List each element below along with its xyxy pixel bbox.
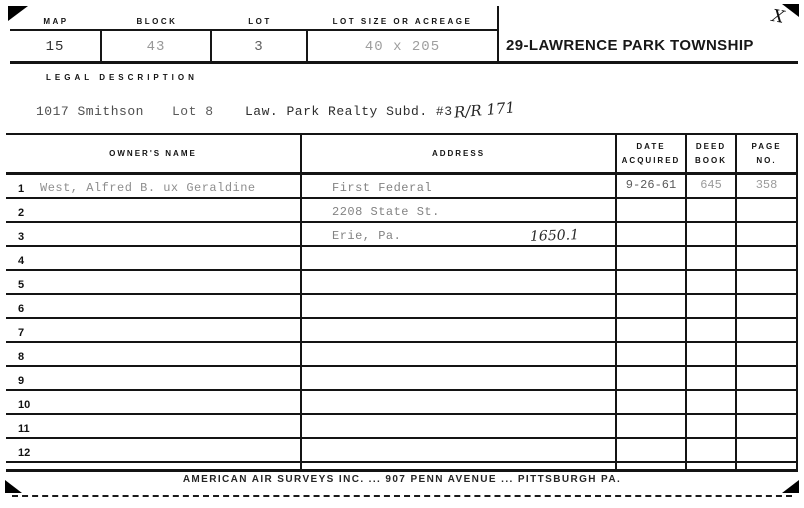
date-acquired-cell: 9-26-61 — [617, 175, 687, 197]
address-cell — [302, 367, 617, 389]
table-row: 1West, Alfred B. ux GeraldineFirst Feder… — [6, 175, 798, 199]
owner-cell: 7 — [6, 319, 302, 341]
date-acquired-cell — [617, 295, 687, 317]
lot-size-label: LOT SIZE OR ACREAGE — [308, 17, 497, 26]
block-label: BLOCK — [102, 17, 212, 26]
page-no-cell — [737, 343, 798, 365]
address-cell — [302, 391, 617, 413]
date-acquired-cell — [617, 319, 687, 341]
row-number: 5 — [18, 279, 32, 291]
date-acquired-cell — [617, 391, 687, 413]
owner-cell: 12 — [6, 439, 302, 461]
map-label: MAP — [10, 17, 102, 26]
parcel-values-row: 15 43 3 40 x 205 — [10, 31, 497, 62]
legal-lot: Lot 8 — [172, 104, 214, 119]
map-value: 15 — [10, 31, 102, 62]
deed-book-cell: 645 — [687, 175, 737, 197]
owner-name: West, Alfred B. ux Geraldine — [40, 181, 256, 195]
owner-cell: 6 — [6, 295, 302, 317]
deed-book-cell — [687, 295, 737, 317]
page-no-cell — [737, 295, 798, 317]
address-cell: First Federal — [302, 175, 617, 197]
date-acquired-cell — [617, 367, 687, 389]
address-line: Erie, Pa. — [332, 229, 401, 243]
handwritten-rr-note: R/R 171 — [453, 98, 515, 121]
page-no-cell — [737, 391, 798, 413]
row-number: 1 — [18, 183, 32, 195]
block-value: 43 — [102, 31, 212, 62]
row-number: 12 — [18, 447, 32, 459]
deed-book-cell — [687, 343, 737, 365]
address-cell: 2208 State St. — [302, 199, 617, 221]
row-number: 8 — [18, 351, 32, 363]
row-number: 7 — [18, 327, 32, 339]
date-acquired-cell — [617, 271, 687, 293]
row-number: 6 — [18, 303, 32, 315]
owner-cell: 5 — [6, 271, 302, 293]
table-row: 3Erie, Pa.1650.1 — [6, 223, 798, 247]
owner-cell: 11 — [6, 415, 302, 437]
address-cell — [302, 343, 617, 365]
owner-cell: 2 — [6, 199, 302, 221]
table-row: 12 — [6, 439, 798, 463]
row-number: 11 — [18, 423, 32, 435]
handwritten-amount: 1650.1 — [530, 227, 580, 245]
page-no-cell — [737, 247, 798, 269]
date-acquired-cell — [617, 199, 687, 221]
table-row: 8 — [6, 343, 798, 367]
page-no-cell — [737, 319, 798, 341]
col-page-no: PAGE NO. — [737, 135, 798, 172]
parcel-header: MAP BLOCK LOT LOT SIZE OR ACREAGE 15 43 … — [10, 6, 497, 62]
legal-description-label: LEGAL DESCRIPTION — [46, 73, 198, 82]
table-row: 7 — [6, 319, 798, 343]
date-acquired-cell — [617, 223, 687, 245]
header-rule — [10, 61, 798, 64]
table-row: 22208 State St. — [6, 199, 798, 223]
col-deed-book: DEED BOOK — [687, 135, 737, 172]
handwritten-x-mark: X — [770, 6, 785, 28]
date-acquired-cell — [617, 415, 687, 437]
address-cell — [302, 271, 617, 293]
owner-cell: 4 — [6, 247, 302, 269]
parcel-labels-row: MAP BLOCK LOT LOT SIZE OR ACREAGE — [10, 6, 497, 31]
row-number: 4 — [18, 255, 32, 267]
table-row: 11 — [6, 415, 798, 439]
address-cell: Erie, Pa.1650.1 — [302, 223, 617, 245]
page-no-cell — [737, 439, 798, 461]
lot-label: LOT — [212, 17, 308, 26]
address-cell — [302, 415, 617, 437]
card-bottom-edge — [12, 495, 792, 497]
deed-book-cell — [687, 415, 737, 437]
page-no-cell — [737, 367, 798, 389]
page-no-value: 358 — [756, 178, 778, 192]
deed-book-cell — [687, 391, 737, 413]
row-number: 10 — [18, 399, 32, 411]
table-row: 5 — [6, 271, 798, 295]
table-row: 10 — [6, 391, 798, 415]
deed-book-cell — [687, 271, 737, 293]
legal-street: 1017 Smithson — [36, 104, 144, 119]
date-acquired-cell — [617, 439, 687, 461]
table-row: 9 — [6, 367, 798, 391]
col-address: ADDRESS — [302, 135, 617, 172]
owner-cell: 1West, Alfred B. ux Geraldine — [6, 175, 302, 197]
township-title: 29-LAWRENCE PARK TOWNSHIP — [506, 37, 754, 54]
page-no-cell — [737, 271, 798, 293]
address-line: 2208 State St. — [332, 205, 440, 219]
page-no-cell — [737, 415, 798, 437]
lot-value: 3 — [212, 31, 308, 62]
deed-book-cell — [687, 439, 737, 461]
row-number: 3 — [18, 231, 32, 243]
address-cell — [302, 247, 617, 269]
row-number: 9 — [18, 375, 32, 387]
table-row: 4 — [6, 247, 798, 271]
owner-cell: 8 — [6, 343, 302, 365]
deed-book-value: 645 — [700, 178, 722, 192]
footer-imprint: AMERICAN AIR SURVEYS INC. ... 907 PENN A… — [0, 474, 804, 485]
owners-table-header: OWNER'S NAME ADDRESS DATE ACQUIRED DEED … — [6, 135, 798, 175]
owner-cell: 3 — [6, 223, 302, 245]
date-acquired-value: 9-26-61 — [626, 178, 676, 192]
owners-table-bottom-strip — [6, 463, 798, 472]
col-owner-name: OWNER'S NAME — [6, 135, 302, 172]
owners-table-body: 1West, Alfred B. ux GeraldineFirst Feder… — [6, 175, 798, 463]
owner-cell: 10 — [6, 391, 302, 413]
address-cell — [302, 319, 617, 341]
owners-table: OWNER'S NAME ADDRESS DATE ACQUIRED DEED … — [6, 133, 798, 472]
legal-subdivision: Law. Park Realty Subd. #3 — [245, 104, 453, 119]
page-no-cell — [737, 199, 798, 221]
address-line: First Federal — [332, 181, 432, 195]
deed-book-cell — [687, 223, 737, 245]
col-date-acquired: DATE ACQUIRED — [617, 135, 687, 172]
deed-book-cell — [687, 319, 737, 341]
address-cell — [302, 439, 617, 461]
deed-book-cell — [687, 199, 737, 221]
table-row: 6 — [6, 295, 798, 319]
deed-book-cell — [687, 367, 737, 389]
lot-size-value: 40 x 205 — [308, 31, 497, 62]
row-number: 2 — [18, 207, 32, 219]
page-no-cell — [737, 223, 798, 245]
township-divider — [497, 6, 499, 61]
date-acquired-cell — [617, 343, 687, 365]
owner-cell: 9 — [6, 367, 302, 389]
page-no-cell: 358 — [737, 175, 798, 197]
deed-book-cell — [687, 247, 737, 269]
date-acquired-cell — [617, 247, 687, 269]
address-cell — [302, 295, 617, 317]
